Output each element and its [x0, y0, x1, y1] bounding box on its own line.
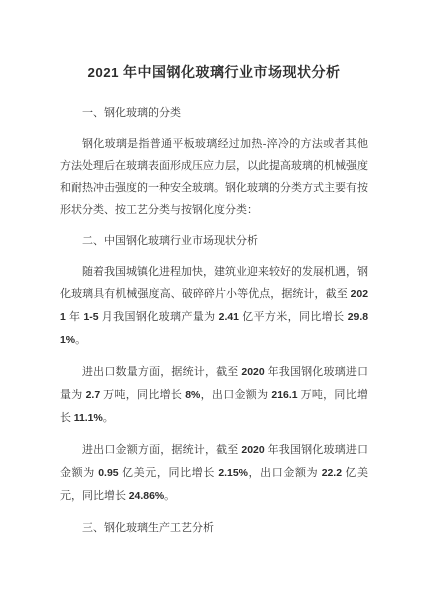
document-body: 一、钢化玻璃的分类 钢化玻璃是指普通平板玻璃经过加热-淬冷的方法或者其他方法处理… [60, 102, 368, 539]
paragraph-production-volume: 随着我国城镇化进程加快，建筑业迎来较好的发展机遇，钢化玻璃具有机械强度高、破碎碎… [60, 261, 368, 352]
paragraph-import-export-value: 进出口金额方面，据统计，截至 2020 年我国钢化玻璃进口金额为 0.95 亿美… [60, 439, 368, 508]
paragraph-import-export-quantity: 进出口数量方面，据统计，截至 2020 年我国钢化玻璃进口量为 2.7 万吨，同… [60, 361, 368, 430]
section-heading-production-process: 三、钢化玻璃生产工艺分析 [60, 517, 368, 539]
section-heading-classification: 一、钢化玻璃的分类 [60, 102, 368, 124]
section-heading-market-status: 二、中国钢化玻璃行业市场现状分析 [60, 230, 368, 252]
paragraph-classification-intro: 钢化玻璃是指普通平板玻璃经过加热-淬冷的方法或者其他方法处理后在玻璃表面形成压应… [60, 133, 368, 221]
document-page: 2021 年中国钢化玻璃行业市场现状分析 一、钢化玻璃的分类 钢化玻璃是指普通平… [0, 0, 424, 600]
document-title: 2021 年中国钢化玻璃行业市场现状分析 [60, 62, 368, 85]
